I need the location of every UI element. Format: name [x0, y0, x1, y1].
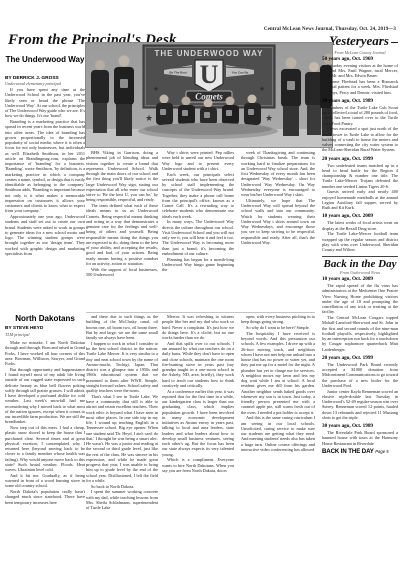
body-paragraph: So back to North Dakota.: [86, 484, 158, 489]
svg-text:You Can Be: You Can Be: [232, 71, 249, 75]
underwood-column-1: If you have spent any time at the Underw…: [5, 87, 85, 310]
body-paragraph: Guests arrived early and nearly 400 enjo…: [322, 189, 398, 210]
photo-illustration: THE UNDERWOOD WAY Be The Best You Can Be…: [86, 43, 332, 147]
body-paragraph: The rapid spread of the flu virus has ad…: [322, 283, 398, 315]
byline-heyd: BY STEVE HEYD: [5, 326, 85, 331]
era-heading: 20 years ago, Oct. 1999: [322, 156, 398, 162]
svg-text:Be The Best: Be The Best: [169, 71, 186, 75]
body-paragraph: That's what I see in Turtle Lake. We hav…: [86, 394, 158, 483]
north-dakotans-column-1: Make no mistake, I am North Dakotan thro…: [5, 340, 85, 566]
jump-line: BACK IN THE DAY Page 5: [322, 448, 398, 455]
body-paragraph: The Turtle Lake-Mercer football team wra…: [322, 231, 398, 252]
body-paragraph: and there due to such things as the buil…: [86, 314, 158, 340]
body-paragraph: With the support of local businesses, 50…: [86, 267, 158, 278]
era-heading: 10 years ago, Oct. 2009: [322, 276, 398, 282]
north-dakotans-column-2: and there due to such things as the buil…: [86, 314, 158, 566]
underwood-way-group-photo: THE UNDERWOOD WAY Be The Best You Can Be…: [86, 43, 332, 147]
body-paragraph: BHS Viking in Garrison, doing a phenomen…: [86, 150, 158, 203]
body-paragraph: North Dakota's population really hasn't …: [5, 489, 85, 505]
body-paragraph: Two undefeated teams matched up in a hea…: [322, 163, 398, 189]
article-divider-rule: [86, 312, 315, 313]
article-title-north-dakotans: North Dakotans: [5, 314, 85, 323]
body-paragraph: If you have spent any time at the Underw…: [5, 87, 85, 119]
underwood-column-2: BHS Viking in Garrison, doing a phenomen…: [86, 150, 158, 311]
north-dakotans-column-3: Mercer. It was refreshing to witness peo…: [162, 314, 234, 566]
body-paragraph: So why do I want to be here? Simple.: [241, 325, 315, 330]
body-paragraph: And it hit me. Gradually, as if being wa…: [5, 473, 85, 489]
body-paragraph: The team defined what each of these idea…: [86, 203, 158, 266]
svg-text:THE UNDERWOOD WAY: THE UNDERWOOD WAY: [154, 49, 263, 58]
section-title-back-in-the-day: Back in the Day: [322, 258, 398, 270]
yesteryears-entries: 50 years ago, Oct. 1969Saturday evening …: [322, 56, 398, 252]
body-paragraph: The Underwood Park Board recently accept…: [322, 362, 398, 388]
body-paragraph: Branding is a marketing practice that ha…: [5, 119, 85, 214]
body-paragraph: The Riverdale Park Board sponsored a hau…: [322, 430, 398, 446]
body-paragraph: Each week, our principals select several…: [162, 172, 234, 219]
body-paragraph: And that spills over to our schools. I a…: [162, 341, 234, 388]
underwood-column-4: week of Thanksgiving and continuing thro…: [241, 150, 315, 311]
body-paragraph: Way t shirts were printed. Pep rallies w…: [162, 150, 234, 171]
era-heading: 50 years ago, Oct. 1969: [322, 56, 398, 62]
body-paragraph: Mercer. It was refreshing to witness peo…: [162, 314, 234, 340]
body-paragraph: week of Thanksgiving and continuing thro…: [241, 150, 315, 197]
body-paragraph: Jerome Fliedstad has been a Bismarck Hos…: [322, 79, 398, 95]
era-heading: 30 years ago, Oct. 1989: [322, 98, 398, 104]
byline-role-heyd: TLM principal: [5, 332, 85, 337]
back-in-the-day-subtitle: From Underwood News: [322, 270, 398, 275]
right-rail: 50 years ago, Oct. 1969Saturday evening …: [322, 56, 398, 565]
body-paragraph: I happen to work in what I consider to b…: [86, 341, 158, 394]
jump-line-page: Page 5: [375, 449, 388, 454]
section-title-yesteryears: Yesteryears: [329, 33, 389, 49]
body-paragraph: At a conference earlier this year, it wa…: [162, 389, 234, 457]
body-paragraph: Crews excavated a spot just north of the…: [322, 126, 398, 152]
byline-role-gross: Underwood elementary principal: [5, 81, 85, 86]
body-paragraph: But through opportunity and happenstance…: [5, 367, 85, 425]
body-paragraph: Now step out of this mess. I had a cheap…: [5, 425, 85, 472]
north-dakotans-column-4: open, with every business pitching in to…: [241, 314, 315, 566]
body-paragraph: Members of the Turtle Lake Cub Scout pac…: [322, 105, 398, 126]
body-paragraph: Approximately one year ago, Underwood st…: [5, 214, 85, 256]
body-paragraph: Planning has begun for a month-long Unde…: [162, 257, 234, 273]
yesteryears-subtitle: From McLean County Journal: [322, 50, 398, 55]
jump-line-title: BACK IN THE DAY: [322, 448, 374, 455]
body-paragraph: The latest works of local artists went o…: [322, 220, 398, 231]
back-in-the-day-entries: 10 years ago, Oct. 2009The rapid spread …: [322, 276, 398, 446]
byline-gross: BY DERRICK J. GROSS: [5, 76, 85, 81]
body-paragraph: Saturday evening visitors at the home of…: [322, 63, 398, 79]
svg-text:★: ★: [265, 113, 273, 123]
body-paragraph: Make no mistake, I am North Dakotan thro…: [5, 340, 85, 366]
header-rule-right: [391, 42, 398, 43]
body-paragraph: And this is the same caring curriculum I…: [241, 415, 315, 452]
body-paragraph: Ultimately, we hope that The Underwood W…: [241, 198, 315, 245]
body-paragraph: The hospitality I have received is beyon…: [241, 331, 315, 415]
newspaper-page: Central McLean News Journal, Thursday, O…: [0, 0, 400, 567]
svg-text:★: ★: [145, 113, 153, 123]
article-title-underwood-way: The Underwood Way: [5, 55, 85, 64]
era-heading: 30 years ago, Oct. 1989: [322, 423, 398, 429]
era-heading: 10 years ago, Oct. 2009: [322, 213, 398, 219]
svg-text:★: ★: [259, 85, 265, 93]
body-paragraph: Which is a compliment. Everyone wants to…: [162, 457, 234, 473]
body-paragraph: The Central McLean Cougars topped Mohall…: [322, 315, 398, 352]
body-paragraph: Junior center Kayla Renneman scored an e…: [322, 389, 398, 421]
page-dateline: Central McLean News Journal, Thursday, O…: [264, 27, 396, 32]
svg-text:U: U: [200, 60, 219, 89]
body-paragraph: open, with every business pitching in to…: [241, 314, 315, 325]
back-in-the-day-rule: [322, 256, 398, 257]
underwood-column-3: Way t shirts were printed. Pep rallies w…: [162, 150, 234, 311]
body-paragraph: I spent the summer working concrete with…: [86, 489, 158, 510]
body-paragraph: In many ways, The Underwood Way directs …: [162, 219, 234, 256]
svg-text:★: ★: [153, 85, 159, 93]
era-heading: 20 years ago, Oct. 1999: [322, 355, 398, 361]
